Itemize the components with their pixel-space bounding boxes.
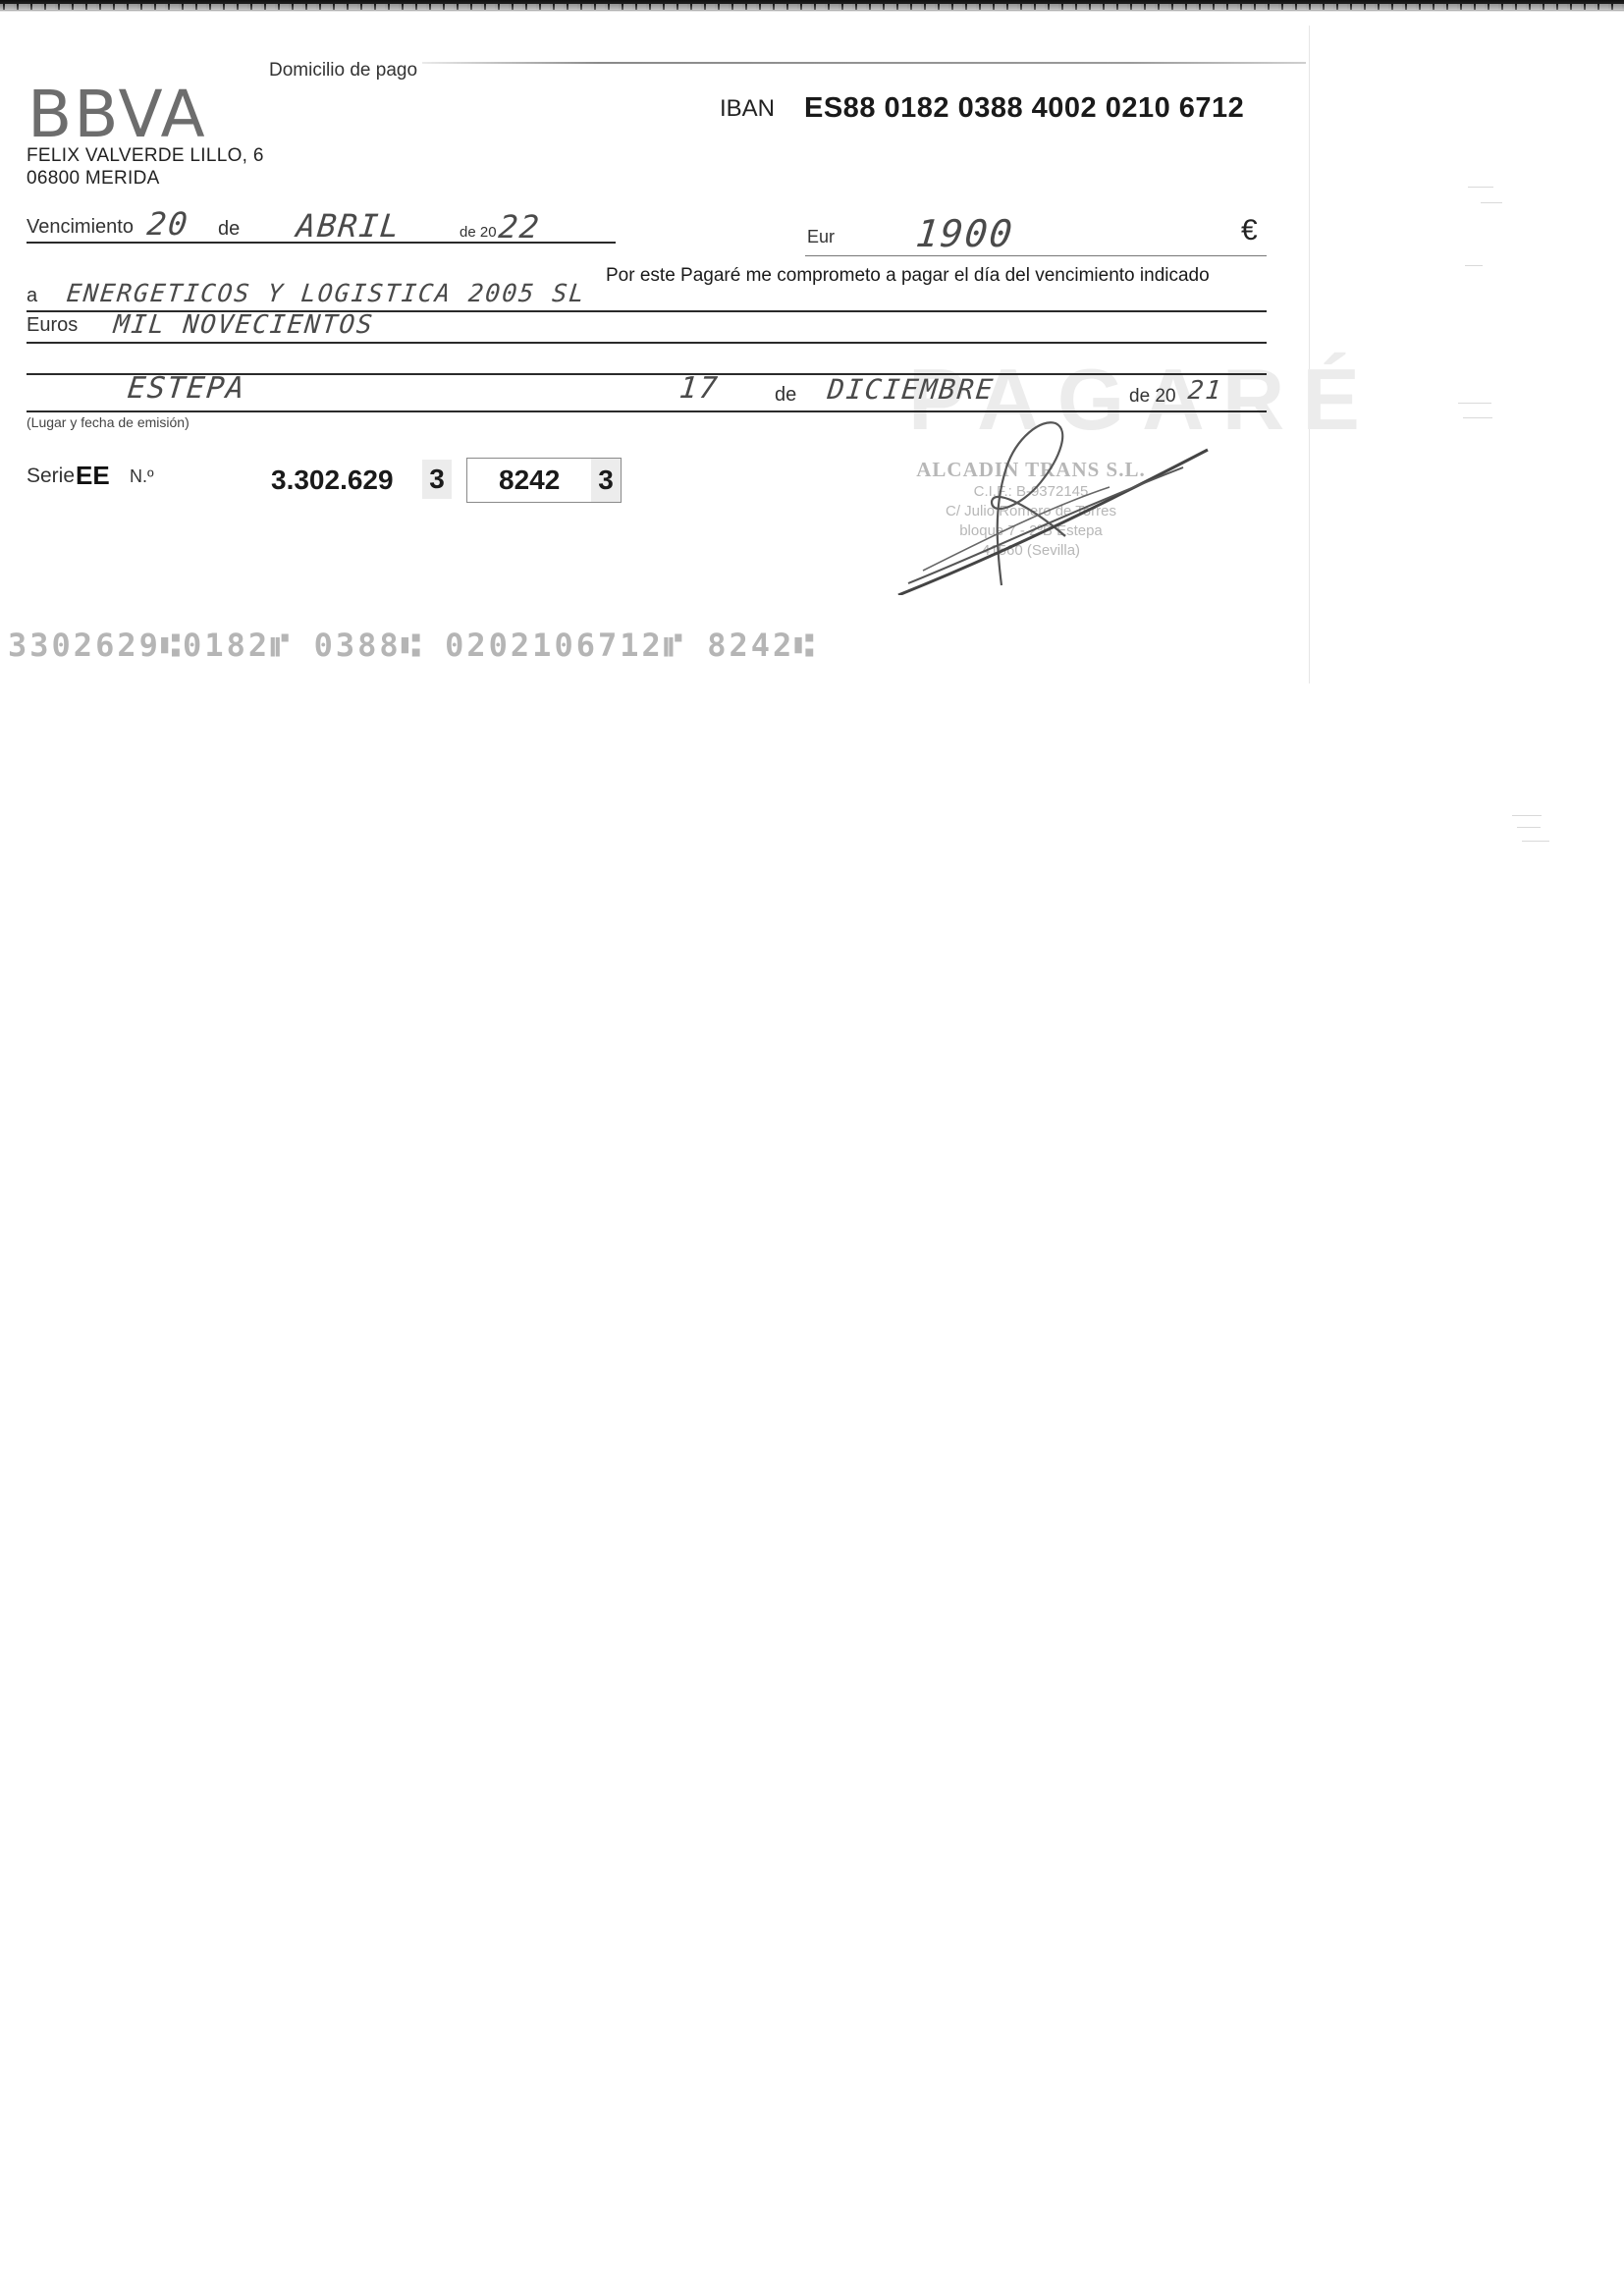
amount-words-line xyxy=(27,342,1267,344)
bank-address-line2: 06800 MERIDA xyxy=(27,168,160,190)
issue-caption: (Lugar y fecha de emisión) xyxy=(27,414,189,430)
amount-words-label: Euros xyxy=(27,314,78,337)
serie-label: Serie xyxy=(27,465,75,488)
due-date-month: ABRIL xyxy=(295,207,403,245)
number-label: N.º xyxy=(130,466,154,487)
bank-address-line1: FELIX VALVERDE LILLO, 6 xyxy=(27,145,264,167)
issue-de: de xyxy=(775,384,796,407)
amount-words-value: MIL NOVECIENTOS xyxy=(112,310,375,340)
scan-speck xyxy=(1517,827,1541,828)
serial-number: 3.302.629 xyxy=(271,465,394,496)
box-number: 8242 xyxy=(467,465,587,496)
scan-speck xyxy=(1463,417,1492,418)
scan-speck xyxy=(1481,202,1502,203)
issue-day: 17 xyxy=(677,371,721,406)
promise-text: Por este Pagaré me comprometo a pagar el… xyxy=(606,265,1210,287)
due-date-day: 20 xyxy=(145,205,191,243)
amount-value: 1900 xyxy=(914,212,1016,255)
iban-value: ES88 0182 0388 4002 0210 6712 xyxy=(804,92,1244,125)
payee-label: a xyxy=(27,285,37,307)
amount-label: Eur xyxy=(807,227,835,247)
scan-speck xyxy=(1468,187,1493,188)
amount-line xyxy=(805,255,1267,256)
due-date-year: 22 xyxy=(497,208,543,246)
due-date-year-prefix: de 20 xyxy=(460,224,497,241)
scan-speck xyxy=(1458,403,1491,404)
serial-check-digit: 3 xyxy=(422,460,452,499)
top-rule xyxy=(422,62,1306,64)
serial-box: 8242 3 xyxy=(466,458,622,503)
payment-address-label: Domicilio de pago xyxy=(269,60,417,82)
serie-value: EE xyxy=(76,461,110,491)
bbva-logo: BBVA xyxy=(27,77,207,152)
due-date-de: de xyxy=(218,218,240,241)
scan-speck xyxy=(1522,841,1549,842)
signature xyxy=(884,399,1218,595)
issue-place: ESTEPA xyxy=(126,371,247,406)
box-check-digit: 3 xyxy=(591,459,621,502)
payee-value: ENERGETICOS Y LOGISTICA 2005 SL xyxy=(65,279,587,307)
iban-label: IBAN xyxy=(720,95,775,123)
euro-symbol: € xyxy=(1241,214,1258,247)
due-date-label: Vencimiento xyxy=(27,216,134,239)
micr-line: 3302629⑆0182⑈ 0388⑆ 0202106712⑈ 8242⑆ xyxy=(8,627,817,664)
scan-speck xyxy=(1465,265,1483,266)
promissory-note: BBVA Domicilio de pago FELIX VALVERDE LI… xyxy=(0,26,1310,683)
scan-speck xyxy=(1512,815,1542,816)
due-date-line xyxy=(27,242,616,244)
scan-top-edge xyxy=(0,0,1624,12)
